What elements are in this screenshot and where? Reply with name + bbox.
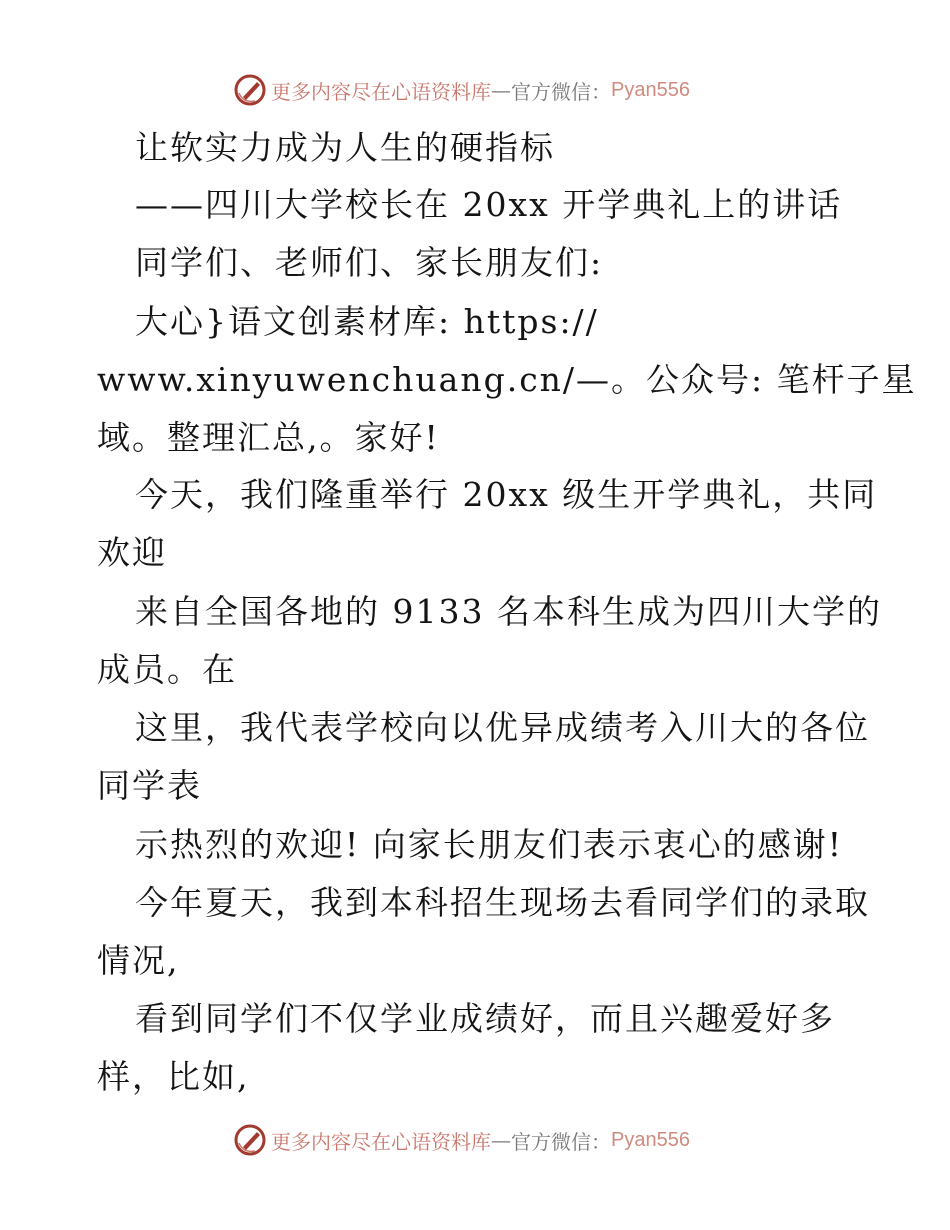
footer-dash: — <box>491 1128 511 1152</box>
body-line: www.xinyuwenchuang.cn/—。公众号: 笔杆子星 <box>97 360 917 400</box>
document-subtitle: ——四川大学校长在 20xx 开学典礼上的讲话 <box>135 185 842 225</box>
body-line: 同学表 <box>97 766 202 806</box>
header-wechat-label: 官方微信： <box>511 76 611 105</box>
body-line: 情况, <box>97 941 180 981</box>
footer-wechat-id: Pyan556 <box>611 1129 690 1152</box>
body-line: 看到同学们不仅学业成绩好，而且兴趣爱好多 <box>135 999 835 1039</box>
pen-logo-icon <box>233 1123 267 1157</box>
footer-watermark-banner: 更多内容尽在心语资料库 — 官方微信： Pyan556 <box>233 1120 690 1160</box>
footer-wechat-label: 官方微信： <box>511 1126 611 1155</box>
body-line: 成员。在 <box>97 650 237 690</box>
body-line: 大心}语文创素材库: https:// <box>135 302 599 342</box>
body-line: 今年夏天，我到本科招生现场去看同学们的录取 <box>135 883 870 923</box>
body-line: 欢迎 <box>97 533 167 573</box>
pen-logo-icon <box>233 73 267 107</box>
header-watermark-banner: 更多内容尽在心语资料库 — 官方微信： Pyan556 <box>233 70 690 110</box>
salutation-line: 同学们、老师们、家长朋友们: <box>135 243 603 283</box>
header-wechat-id: Pyan556 <box>611 79 690 102</box>
header-dash: — <box>491 78 511 102</box>
body-line: 今天，我们隆重举行 20xx 级生开学典礼，共同 <box>135 475 877 515</box>
body-line: 来自全国各地的 9133 名本科生成为四川大学的 <box>135 592 882 632</box>
body-line: 域。整理汇总,。家好! <box>97 418 440 458</box>
body-line: 这里，我代表学校向以优异成绩考入川大的各位 <box>135 708 870 748</box>
body-line: 示热烈的欢迎! 向家长朋友们表示衷心的感谢! <box>135 825 843 865</box>
footer-site-text: 更多内容尽在心语资料库 <box>271 1126 491 1155</box>
header-site-text: 更多内容尽在心语资料库 <box>271 76 491 105</box>
body-line: 样，比如, <box>97 1057 250 1097</box>
document-title: 让软实力成为人生的硬指标 <box>135 128 555 168</box>
